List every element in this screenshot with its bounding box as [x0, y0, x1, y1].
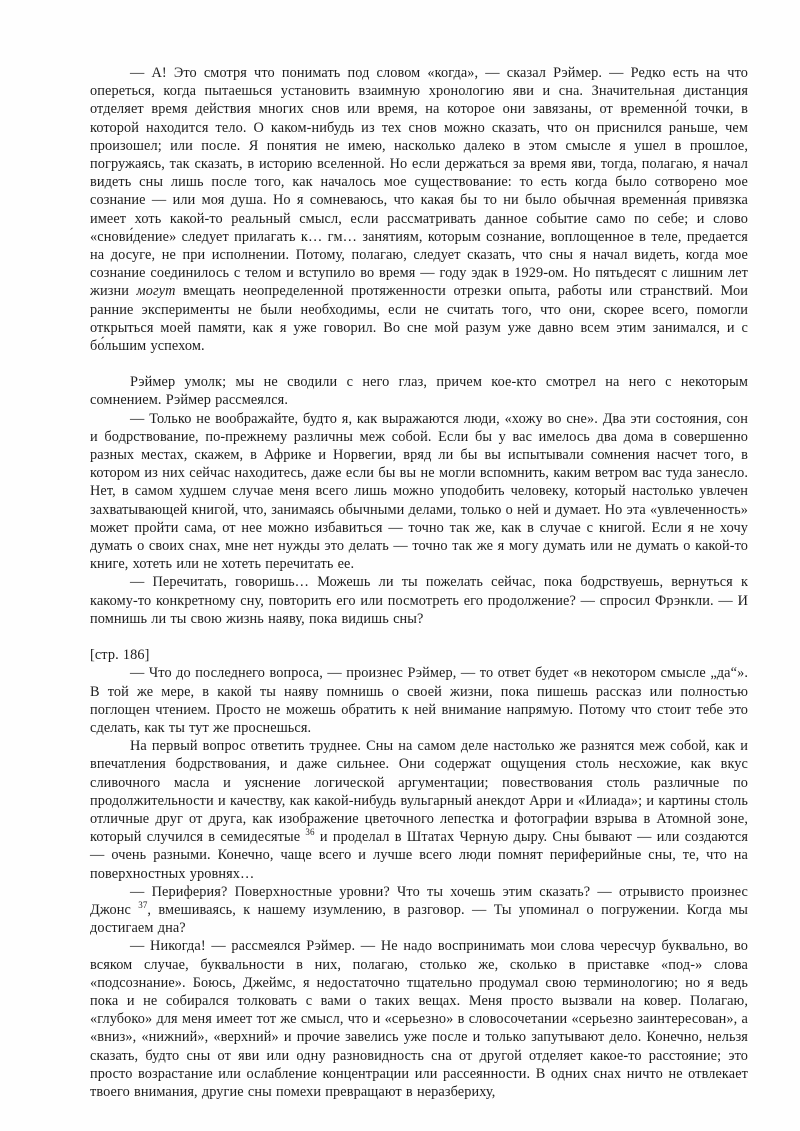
footnote-ref: 36 — [305, 827, 314, 837]
paragraph-first-question: На первый вопрос ответить труднее. Сны н… — [90, 737, 748, 883]
document-page: — А! Это смотря что понимать под словом … — [0, 0, 800, 1131]
paragraph-frankley-question: — Перечитать, говоришь… Можешь ли ты пож… — [90, 573, 748, 628]
italic-text: могут — [137, 283, 176, 299]
paragraph-sleepwalking: — Только не воображайте, будто я, как вы… — [90, 410, 748, 574]
page-reference: [стр. 186] — [90, 646, 748, 664]
paragraph-jones-interrupts: — Периферия? Поверхностные уровни? Что т… — [90, 883, 748, 938]
document-body: — А! Это смотря что понимать под словом … — [90, 64, 748, 1101]
paragraph-never: — Никогда! — рассмеялся Рэймер. — Не над… — [90, 937, 748, 1101]
paragraph-raimer-paused: Рэймер умолк; мы не сводили с него глаз,… — [90, 373, 748, 409]
paragraph-raimer-when: — А! Это смотря что понимать под словом … — [90, 64, 748, 355]
paragraph-last-question: — Что до последнего вопроса, — произнес … — [90, 664, 748, 737]
footnote-ref: 37 — [138, 900, 147, 910]
